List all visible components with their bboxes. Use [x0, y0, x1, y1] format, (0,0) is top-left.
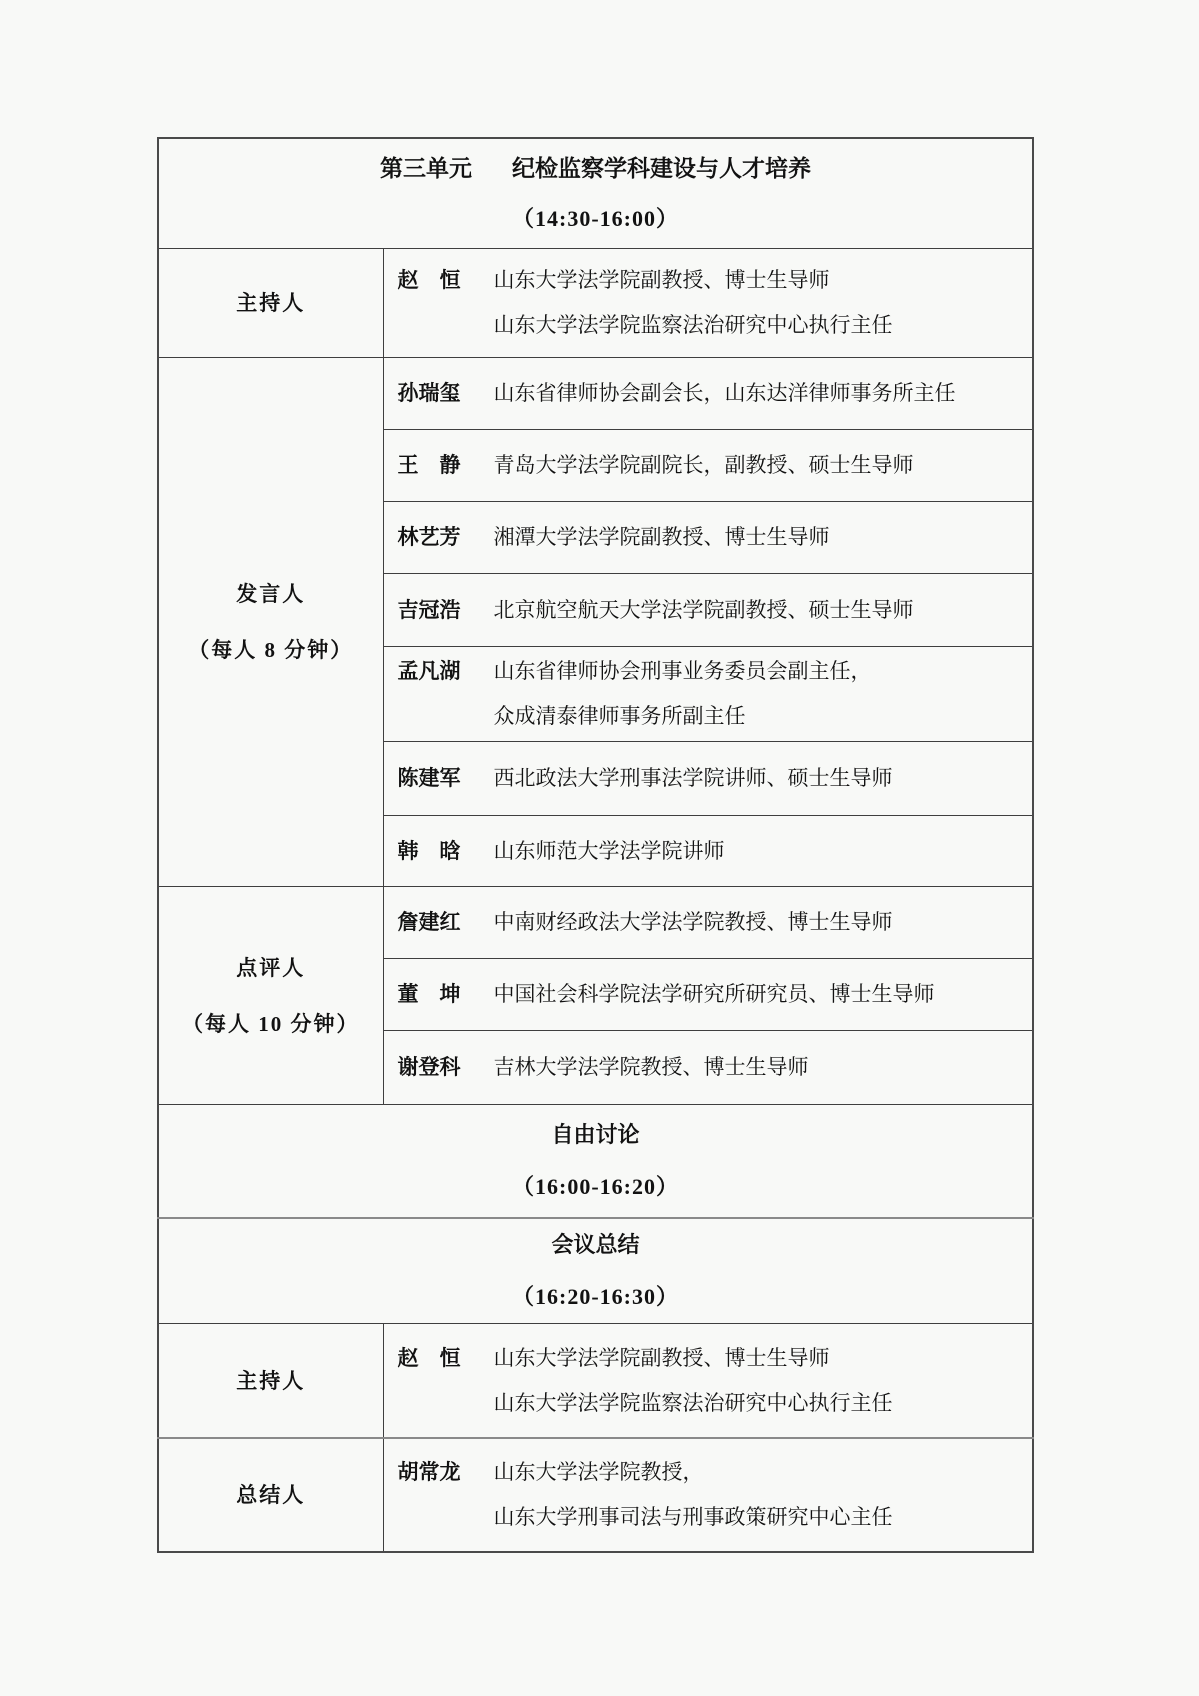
role-sublabel: （每人 8 分钟） [159, 622, 383, 678]
entry-cell: 吉冠浩 北京航空航天大学法学院副教授、硕士生导师 [383, 574, 1033, 647]
person-desc: 西北政法大学刑事法学院讲师、硕士生导师 [494, 756, 1027, 801]
session-title: 纪检监察学科建设与人才培养 [512, 156, 811, 181]
person-desc: 山东大学法学院教授， 山东大学刑事司法与刑事政策研究中心主任 [494, 1450, 1027, 1540]
free-discussion-cell: 自由讨论 （16:00-16:20） [158, 1105, 1033, 1219]
role-label-cell-host2: 主持人 [158, 1324, 383, 1439]
person-name: 胡常龙 [398, 1450, 494, 1495]
desc-line: 山东省律师协会刑事业务委员会副主任， [494, 649, 1027, 694]
desc-line: 山东大学法学院监察法治研究中心执行主任 [494, 1381, 1027, 1426]
desc-line: 西北政法大学刑事法学院讲师、硕士生导师 [494, 756, 1027, 801]
session-unit: 第三单元 [380, 156, 472, 181]
entry-cell: 赵 恒 山东大学法学院副教授、博士生导师 山东大学法学院监察法治研究中心执行主任 [383, 1324, 1033, 1439]
person-name: 孙瑞玺 [398, 371, 494, 416]
desc-line: 吉林大学法学院教授、博士生导师 [494, 1045, 1027, 1090]
role-label: 总结人 [159, 1467, 383, 1523]
entry-cell: 王 静 青岛大学法学院副院长，副教授、硕士生导师 [383, 430, 1033, 502]
person-name: 詹建红 [398, 900, 494, 945]
session-time: （14:30-16:00） [159, 194, 1032, 244]
person-desc: 中南财经政法大学法学院教授、博士生导师 [494, 900, 1027, 945]
desc-line: 中南财经政法大学法学院教授、博士生导师 [494, 900, 1027, 945]
person-name: 林艺芳 [398, 515, 494, 560]
session-header-cell: 第三单元纪检监察学科建设与人才培养 （14:30-16:00） [158, 138, 1033, 249]
entry-cell: 孟凡湖 山东省律师协会刑事业务委员会副主任， 众成清泰律师事务所副主任 [383, 647, 1033, 742]
desc-line: 北京航空航天大学法学院副教授、硕士生导师 [494, 588, 1027, 633]
meeting-summary-cell: 会议总结 （16:20-16:30） [158, 1218, 1033, 1324]
person-name: 董 坤 [398, 972, 494, 1017]
person-desc: 吉林大学法学院教授、博士生导师 [494, 1045, 1027, 1090]
role-label: 点评人 [159, 940, 383, 996]
entry-cell: 韩 晗 山东师范大学法学院讲师 [383, 816, 1033, 887]
entry-cell: 董 坤 中国社会科学院法学研究所研究员、博士生导师 [383, 959, 1033, 1031]
entry-cell: 赵 恒 山东大学法学院副教授、博士生导师 山东大学法学院监察法治研究中心执行主任 [383, 249, 1033, 358]
person-name: 韩 晗 [398, 829, 494, 874]
role-sublabel: （每人 10 分钟） [159, 996, 383, 1052]
person-name: 吉冠浩 [398, 588, 494, 633]
person-desc: 山东省律师协会刑事业务委员会副主任， 众成清泰律师事务所副主任 [494, 649, 1027, 739]
role-label-cell-speakers: 发言人 （每人 8 分钟） [158, 358, 383, 887]
person-desc: 山东师范大学法学院讲师 [494, 829, 1027, 874]
person-desc: 青岛大学法学院副院长，副教授、硕士生导师 [494, 443, 1027, 488]
person-name: 谢登科 [398, 1045, 494, 1090]
desc-line: 湘潭大学法学院副教授、博士生导师 [494, 515, 1027, 560]
desc-line: 山东大学法学院副教授、博士生导师 [494, 258, 1027, 303]
person-name: 赵 恒 [398, 258, 494, 303]
role-label: 主持人 [159, 275, 383, 331]
desc-line: 青岛大学法学院副院长，副教授、硕士生导师 [494, 443, 1027, 488]
entry-cell: 谢登科 吉林大学法学院教授、博士生导师 [383, 1031, 1033, 1105]
desc-line: 山东大学法学院副教授、博士生导师 [494, 1336, 1027, 1381]
desc-line: 山东大学法学院教授， [494, 1450, 1027, 1495]
desc-line: 中国社会科学院法学研究所研究员、博士生导师 [494, 972, 1027, 1017]
meeting-summary-time: （16:20-16:30） [159, 1271, 1032, 1323]
person-name: 孟凡湖 [398, 649, 494, 694]
desc-line: 山东师范大学法学院讲师 [494, 829, 1027, 874]
session-agenda-table: 第三单元纪检监察学科建设与人才培养 （14:30-16:00） 主持人 赵 恒 … [157, 137, 1034, 1553]
role-label: 主持人 [159, 1353, 383, 1409]
person-name: 赵 恒 [398, 1336, 494, 1381]
person-desc: 山东大学法学院副教授、博士生导师 山东大学法学院监察法治研究中心执行主任 [494, 258, 1027, 348]
meeting-summary-title: 会议总结 [159, 1219, 1032, 1271]
desc-line: 山东省律师协会副会长，山东达洋律师事务所主任 [494, 371, 1027, 416]
role-label-cell-summarizer: 总结人 [158, 1438, 383, 1552]
desc-line: 众成清泰律师事务所副主任 [494, 694, 1027, 739]
person-desc: 山东大学法学院副教授、博士生导师 山东大学法学院监察法治研究中心执行主任 [494, 1336, 1027, 1426]
person-desc: 北京航空航天大学法学院副教授、硕士生导师 [494, 588, 1027, 633]
entry-cell: 林艺芳 湘潭大学法学院副教授、博士生导师 [383, 502, 1033, 574]
person-name: 陈建军 [398, 756, 494, 801]
person-name: 王 静 [398, 443, 494, 488]
person-desc: 中国社会科学院法学研究所研究员、博士生导师 [494, 972, 1027, 1017]
role-label-cell-host: 主持人 [158, 249, 383, 358]
free-discussion-title: 自由讨论 [159, 1109, 1032, 1161]
entry-cell: 陈建军 西北政法大学刑事法学院讲师、硕士生导师 [383, 742, 1033, 816]
session-title-line: 第三单元纪检监察学科建设与人才培养 [159, 144, 1032, 194]
free-discussion-time: （16:00-16:20） [159, 1161, 1032, 1213]
entry-cell: 詹建红 中南财经政法大学法学院教授、博士生导师 [383, 887, 1033, 959]
desc-line: 山东大学法学院监察法治研究中心执行主任 [494, 303, 1027, 348]
person-desc: 湘潭大学法学院副教授、博士生导师 [494, 515, 1027, 560]
desc-line: 山东大学刑事司法与刑事政策研究中心主任 [494, 1495, 1027, 1540]
role-label: 发言人 [159, 566, 383, 622]
entry-cell: 胡常龙 山东大学法学院教授， 山东大学刑事司法与刑事政策研究中心主任 [383, 1438, 1033, 1552]
role-label-cell-commenters: 点评人 （每人 10 分钟） [158, 887, 383, 1105]
entry-cell: 孙瑞玺 山东省律师协会副会长，山东达洋律师事务所主任 [383, 358, 1033, 430]
person-desc: 山东省律师协会副会长，山东达洋律师事务所主任 [494, 371, 1027, 416]
